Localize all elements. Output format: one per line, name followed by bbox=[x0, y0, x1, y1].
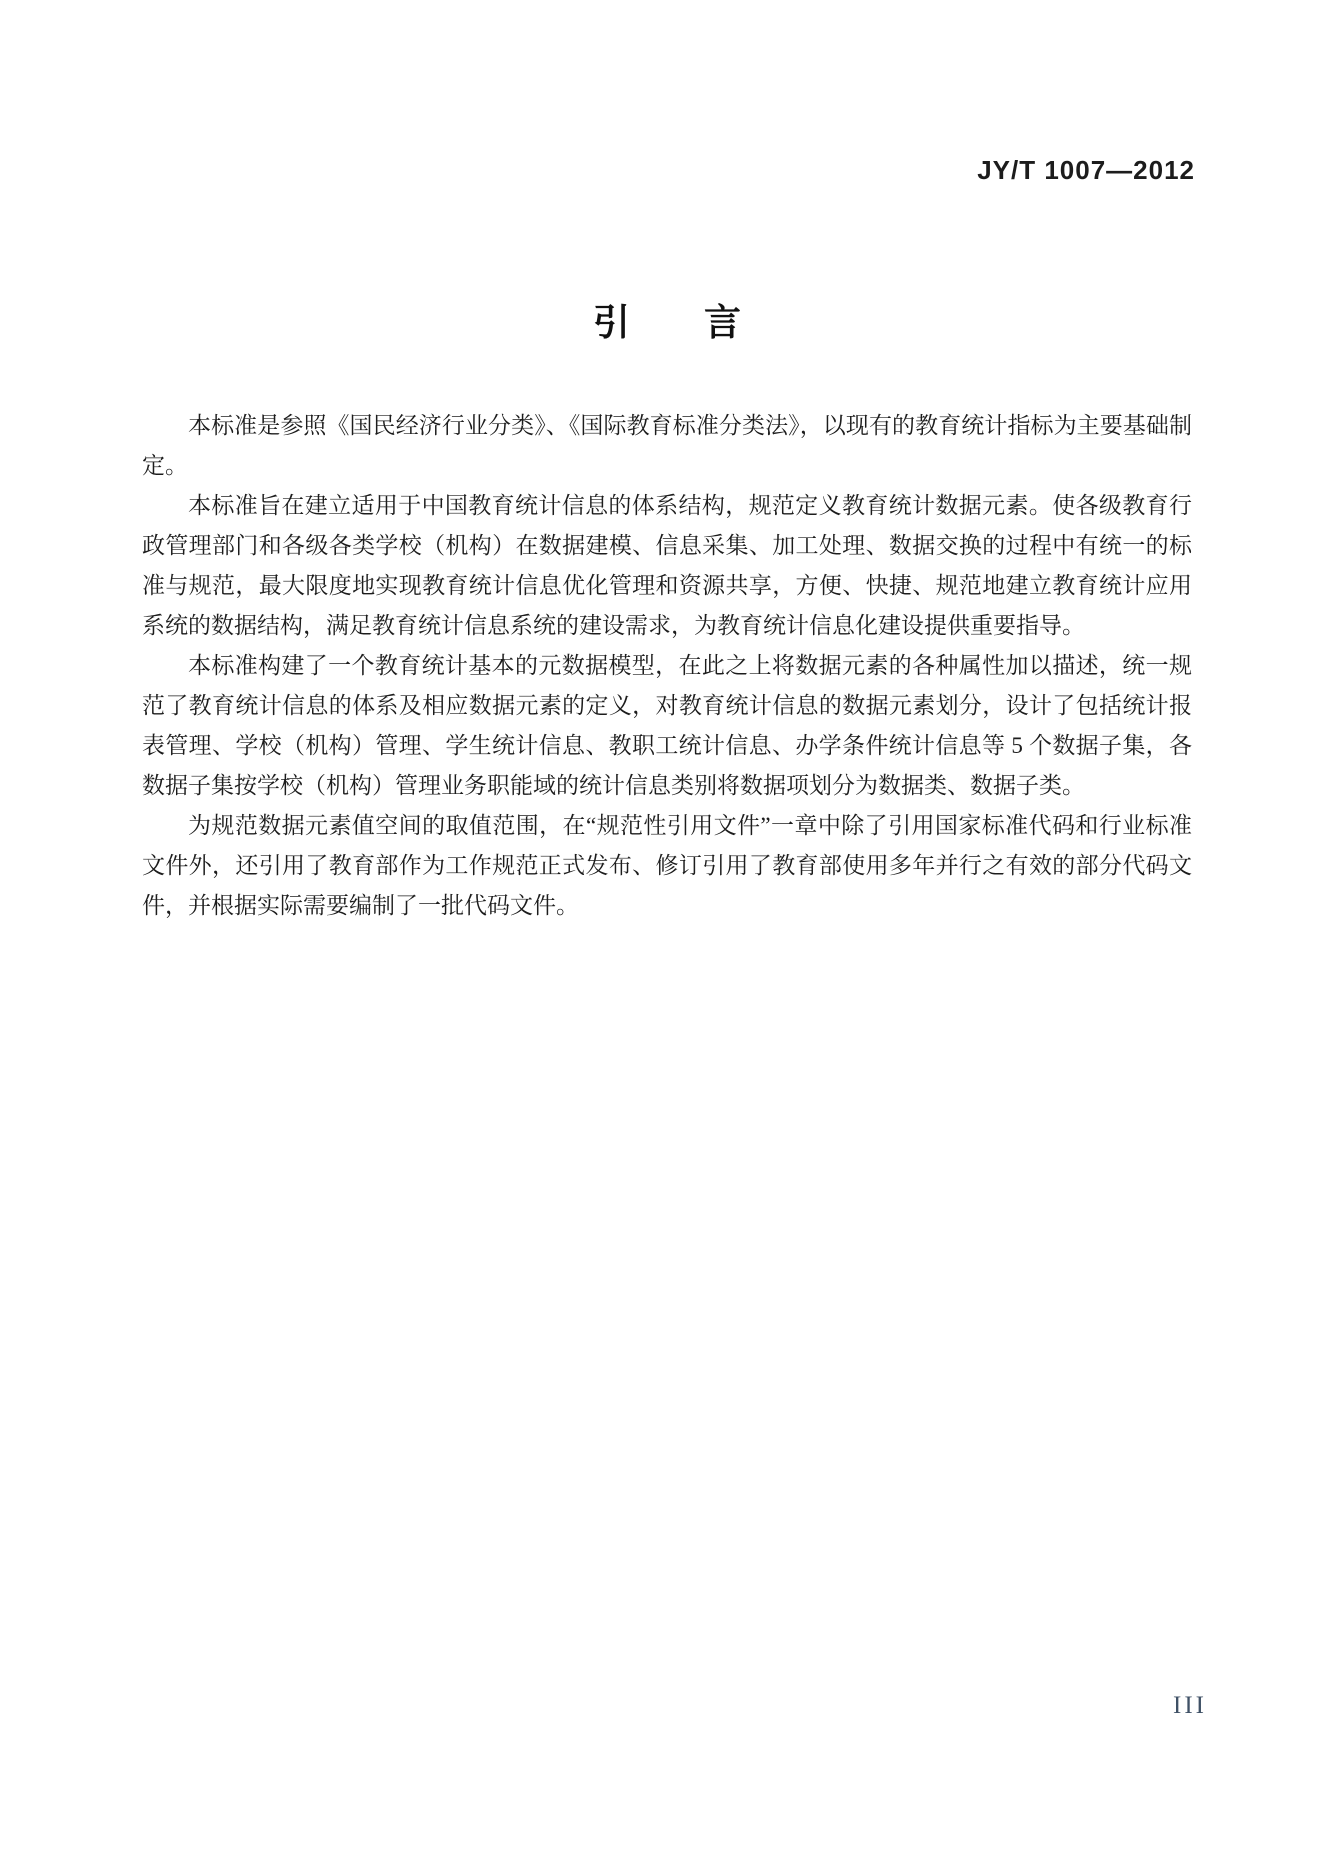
paragraph: 本标准旨在建立适用于中国教育统计信息的体系结构，规范定义教育统计数据元素。使各级… bbox=[142, 486, 1192, 646]
page-title: 引 言 bbox=[142, 292, 1192, 346]
document-page: JY/T 1007—2012 引 言 本标准是参照《国民经济行业分类》、《国际教… bbox=[0, 0, 1323, 1871]
page-number: III bbox=[1173, 1692, 1207, 1720]
paragraph: 本标准构建了一个教育统计基本的元数据模型，在此之上将数据元素的各种属性加以描述，… bbox=[142, 646, 1192, 806]
standard-number-header: JY/T 1007—2012 bbox=[977, 155, 1195, 186]
paragraph: 本标准是参照《国民经济行业分类》、《国际教育标准分类法》，以现有的教育统计指标为… bbox=[142, 406, 1192, 486]
paragraph: 为规范数据元素值空间的取值范围，在“规范性引用文件”一章中除了引用国家标准代码和… bbox=[142, 806, 1192, 926]
introduction-body: 本标准是参照《国民经济行业分类》、《国际教育标准分类法》，以现有的教育统计指标为… bbox=[142, 406, 1192, 926]
